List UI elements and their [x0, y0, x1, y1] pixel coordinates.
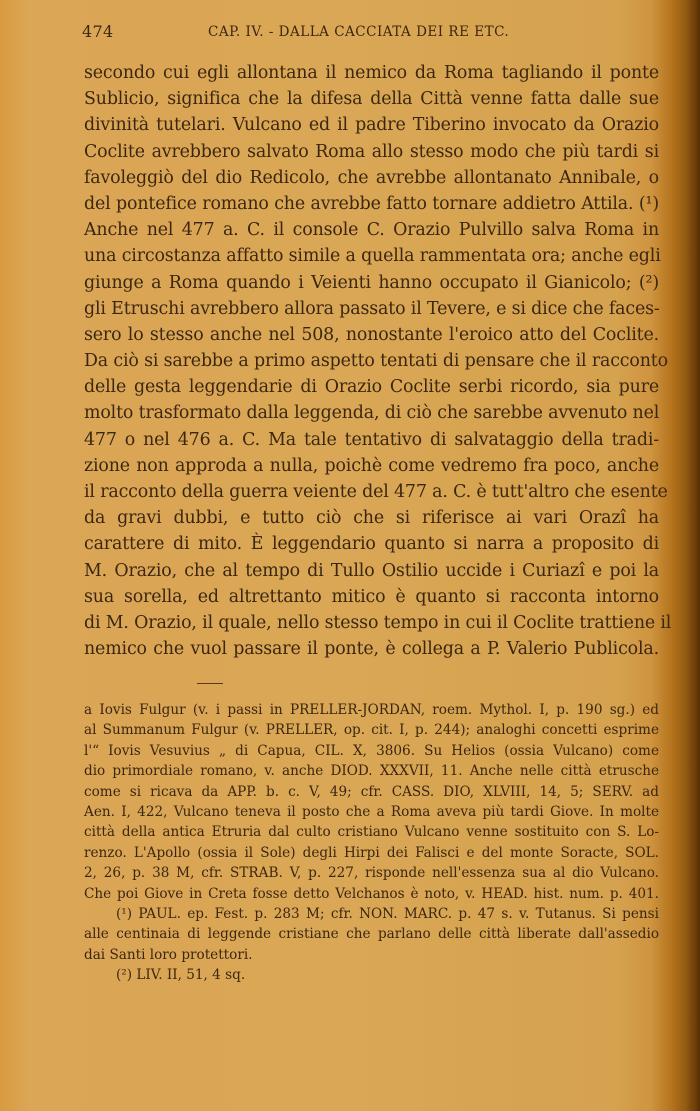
text-line: secondo cui egli allontana il nemico da …: [84, 60, 659, 86]
text-line: Coclite avrebbero salvato Roma allo stes…: [84, 139, 659, 165]
footnote-line: Che poi Giove in Creta fosse detto Velch…: [84, 884, 659, 904]
footnote-1-line: (¹) PAUL. ep. Fest. p. 283 M; cfr. NON. …: [84, 904, 659, 924]
page-edge-shadow: [686, 0, 700, 1111]
text-line: Anche nel 477 a. C. il console C. Orazio…: [84, 217, 659, 243]
text-line: sero lo stesso anche nel 508, nonostante…: [84, 322, 659, 348]
footnote-line: al Summanum Fulgur (v. PRELLER, op. cit.…: [84, 720, 659, 740]
text-line: una circostanza affatto simile a quella …: [84, 243, 659, 269]
footnote-separator: [197, 683, 223, 684]
text-line: molto trasformato dalla leggenda, di ciò…: [84, 400, 659, 426]
running-head: CAP. IV. - DALLA CACCIATA DEI RE ETC.: [208, 24, 509, 40]
text-line: M. Orazio, che al tempo di Tullo Ostilio…: [84, 558, 659, 584]
text-line: sua sorella, ed altrettanto mitico è qua…: [84, 584, 659, 610]
text-line: favoleggiò del dio Redicolo, che avrebbe…: [84, 165, 659, 191]
text-line: giunge a Roma quando i Veienti hanno occ…: [84, 270, 659, 296]
footnote-line: a Iovis Fulgur (v. i passi in PRELLER-JO…: [84, 700, 659, 720]
main-text: secondo cui egli allontana il nemico da …: [84, 60, 659, 662]
book-page: 474 CAP. IV. - DALLA CACCIATA DEI RE ETC…: [0, 0, 700, 1111]
text-line: il racconto della guerra veiente del 477…: [84, 479, 659, 505]
text-line: 477 o nel 476 a. C. Ma tale tentativo di…: [84, 427, 659, 453]
footnote-1-line: dai Santi loro protettori.: [84, 945, 659, 965]
footnote-2-line: (²) LIV. II, 51, 4 sq.: [84, 965, 659, 985]
footnote-line: 2, 26, p. 38 M, cfr. STRAB. V, p. 227, r…: [84, 863, 659, 883]
text-line: gli Etruschi avrebbero allora passato il…: [84, 296, 659, 322]
footnote-line: l'“ Iovis Vesuvius „ di Capua, CIL. X, 3…: [84, 741, 659, 761]
text-line: Sublicio, significa che la difesa della …: [84, 86, 659, 112]
page-header: 474 CAP. IV. - DALLA CACCIATA DEI RE ETC…: [82, 22, 652, 46]
page-number: 474: [82, 22, 113, 41]
text-line: carattere di mito. È leggendario quanto …: [84, 531, 659, 557]
footnote-line: renzo. L'Apollo (ossia il Sole) degli Hi…: [84, 843, 659, 863]
text-line: del pontefice romano che avrebbe fatto t…: [84, 191, 659, 217]
footnote-line: città della antica Etruria dal culto cri…: [84, 822, 659, 842]
text-line: di M. Orazio, il quale, nello stesso tem…: [84, 610, 659, 636]
footnote-line: come si ricava da APP. b. c. V, 49; cfr.…: [84, 782, 659, 802]
text-line: delle gesta leggendarie di Orazio Coclit…: [84, 374, 659, 400]
footnote-line: dio primordiale romano, v. anche DIOD. X…: [84, 761, 659, 781]
text-line: Da ciò si sarebbe a primo aspetto tentat…: [84, 348, 659, 374]
text-line: nemico che vuol passare il ponte, è coll…: [84, 636, 659, 662]
footnote-line: Aen. I, 422, Vulcano teneva il posto che…: [84, 802, 659, 822]
footnote-1-line: alle centinaia di leggende cristiane che…: [84, 924, 659, 944]
text-line: zione non approda a nulla, poichè come v…: [84, 453, 659, 479]
footnotes: a Iovis Fulgur (v. i passi in PRELLER-JO…: [84, 700, 659, 985]
text-line: da gravi dubbi, e tutto ciò che si rifer…: [84, 505, 659, 531]
text-line: divinità tutelari. Vulcano ed il padre T…: [84, 112, 659, 138]
